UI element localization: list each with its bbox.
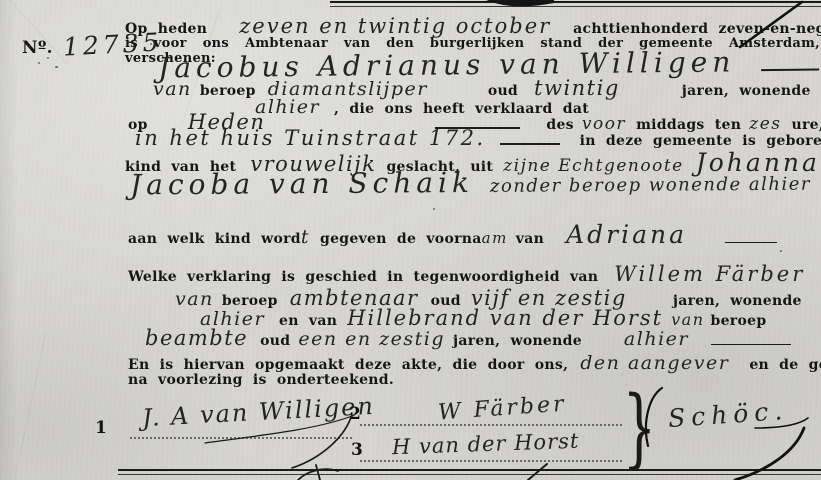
handwritten-text: zonder beroep wonende alhier — [490, 174, 811, 197]
line-witness-intro: Welke verklaring is geschied in tegenwoo… — [128, 262, 805, 286]
bottom-entry-divider — [118, 469, 821, 475]
line-date: Op heden zeven en twintig october achtti… — [125, 14, 821, 38]
handwritten-mother-name: Jacoba van Schaik — [130, 166, 474, 201]
handwritten-text: den aangever — [580, 352, 729, 374]
line-birthplace: in het huis Tuinstraat 172. in deze geme… — [135, 126, 821, 150]
line-closing1: En is hiervan opgemaakt deze akte, die d… — [128, 352, 821, 374]
printed-text: en de getuigen, — [749, 357, 821, 373]
signature-brace: } — [622, 385, 656, 471]
printed-text: Op heden — [125, 21, 207, 37]
printed-text: aan welk kind word — [128, 231, 301, 247]
signature-index-2: 2 — [349, 404, 361, 424]
line-mother: Jacoba van Schaik zonder beroep wonende … — [130, 164, 811, 202]
top-entry-divider — [330, 1, 821, 7]
handwritten-residence: alhier — [624, 328, 689, 350]
paper-crease — [14, 332, 46, 479]
printed-text: En is hiervan opgemaakt deze akte, die d… — [128, 357, 568, 373]
printed-text: oud — [260, 333, 290, 349]
printed-text: gegeven de voorna — [320, 231, 482, 247]
fill-dash — [761, 60, 819, 71]
signature-index-3: 3 — [351, 440, 363, 460]
signature-declarant-text: J. A van Willigen — [141, 392, 375, 432]
signature-witness1: W Färber — [437, 392, 567, 426]
signature-index-1: 1 — [95, 418, 107, 438]
signature-line-1 — [130, 437, 352, 439]
line-closing2: na voorlezing is onderteekend. — [128, 372, 394, 388]
handwritten-address: in het huis Tuinstraat 172. — [135, 126, 486, 150]
printed-text: jaren, wonende — [682, 83, 811, 99]
handwritten-letters: am — [482, 229, 508, 247]
signature-witness2-text: H van der Horst — [392, 429, 580, 460]
printed-text: in deze gemeente is geboren een — [580, 133, 821, 149]
signature-registrar-text: Schöc. — [667, 396, 789, 433]
handwritten-text: van — [153, 78, 192, 100]
signature-line-2 — [360, 424, 622, 426]
fill-dash — [725, 233, 777, 243]
printed-text: achttienhonderd zeven-en-negentig, — [573, 21, 821, 37]
signature-witness1-text: W Färber — [437, 392, 567, 426]
signature-registrar: Schöc. — [667, 396, 789, 433]
signature-witness2: H van der Horst — [392, 429, 580, 460]
handwritten-child-name: Adriana — [566, 220, 687, 249]
printed-text: beroep — [200, 83, 256, 99]
fill-dash — [500, 134, 560, 145]
printed-text: jaren, wonende — [453, 333, 582, 349]
handwritten-age: een en zestig — [298, 328, 445, 350]
handwritten-date: zeven en twintig october — [239, 14, 551, 38]
fill-dash — [711, 335, 791, 345]
printed-text: Welke verklaring is geschied in tegenwoo… — [128, 269, 598, 285]
signature-line-3 — [360, 460, 622, 462]
handwritten-letter: t — [301, 226, 310, 248]
signature-declarant: J. A van Willigen — [141, 392, 375, 432]
printed-text: na voorlezing is onderteekend. — [128, 372, 394, 388]
handwritten-occupation: beambte — [145, 326, 248, 350]
line-child-name: aan welk kind word t gegeven de voorna a… — [128, 220, 777, 249]
line-witness2-details: beambte oud een en zestig jaren, wonende… — [145, 326, 791, 350]
handwritten-witness1-name: Willem Färber — [614, 262, 805, 286]
printed-text: van — [516, 231, 544, 247]
scanned-document-page: Nº. 12735 Op heden zeven en twintig octo… — [0, 0, 821, 480]
act-number-label: Nº. — [22, 38, 53, 58]
